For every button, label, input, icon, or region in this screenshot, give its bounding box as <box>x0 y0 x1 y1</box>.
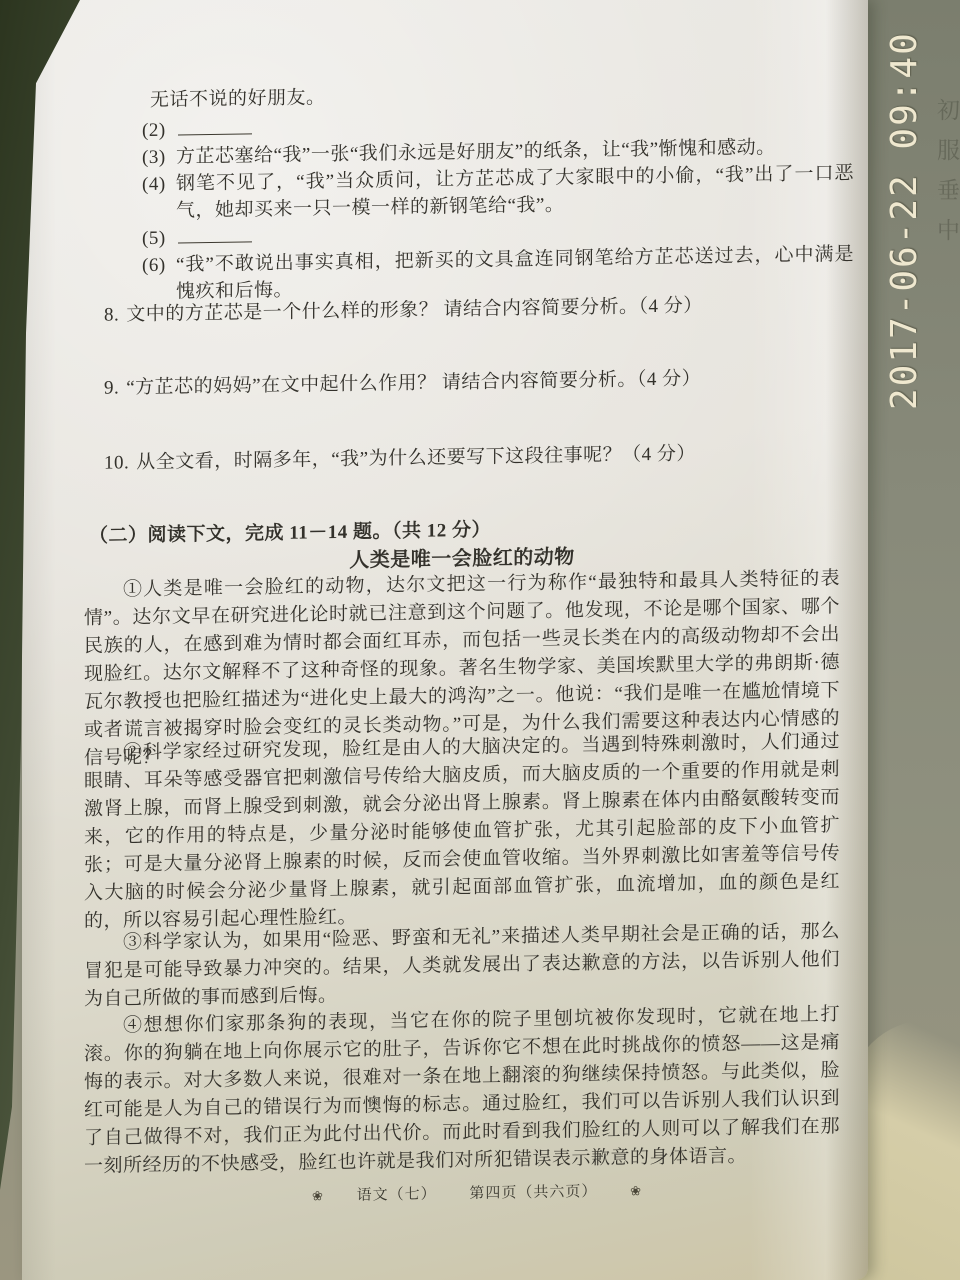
footer-ornament-icon: ❀ <box>630 1183 642 1198</box>
passage-paragraph-3: ③科学家认为，如果用“险恶、野蛮和无礼”来描述人类早期社会是正确的话，那么冒犯是… <box>84 918 840 1014</box>
footer-ornament-icon: ❀ <box>312 1188 324 1203</box>
item1-tail-line: 无话不说的好朋友。 <box>150 84 326 115</box>
item-number: (2) <box>142 117 176 145</box>
question-number: 10. <box>104 449 129 477</box>
answer-blank-line <box>178 116 252 135</box>
footer-page-number: 第四页（共六页） <box>469 1184 597 1202</box>
answer-blank-line <box>178 224 252 243</box>
question-10: 10. 从全文看，时隔多年，“我”为什么还要写下这段往事呢？（4 分） <box>104 438 848 478</box>
item-number: (6) <box>142 252 176 307</box>
passage-paragraph-4: ④想想你们家那条狗的表现，当它在你的院子里刨坑被你发现时，它就在地上打滚。你的狗… <box>84 1001 840 1181</box>
page-footer: ❀ 语文（七） 第四页（共六页） ❀ <box>84 1174 856 1214</box>
question-text: 从全文看，时隔多年，“我”为什么还要写下这段往事呢？（4 分） <box>136 440 696 477</box>
page-content: 无话不说的好朋友。 (2) (3) 方芷芯塞给“我”一张“我们永远是好朋友”的纸… <box>84 0 856 1280</box>
item-number: (3) <box>142 144 176 172</box>
question-number: 9. <box>104 374 119 402</box>
item-number: (4) <box>142 171 176 226</box>
plot-summary-items: (2) (3) 方芷芯塞给“我”一张“我们永远是好朋友”的纸条，让“我”惭愧和感… <box>142 106 854 306</box>
passage-paragraph-2: ②科学家经过研究发现，脸红是由人的大脑决定的。当遇到特殊刺激时，人们通过眼睛、耳… <box>84 728 840 936</box>
bleed-through-text: 初服垂中 <box>930 98 960 258</box>
camera-timestamp: 2017-06-22 09:40 <box>884 10 925 410</box>
item-number: (5) <box>142 225 176 253</box>
footer-subject: 语文（七） <box>357 1186 437 1203</box>
question-number: 8. <box>104 301 119 329</box>
question-9: 9. “方芷芯的妈妈”在文中起什么作用？ 请结合内容简要分析。（4 分） <box>104 363 848 403</box>
question-text: “方芷芯的妈妈”在文中起什么作用？ 请结合内容简要分析。（4 分） <box>126 365 701 402</box>
